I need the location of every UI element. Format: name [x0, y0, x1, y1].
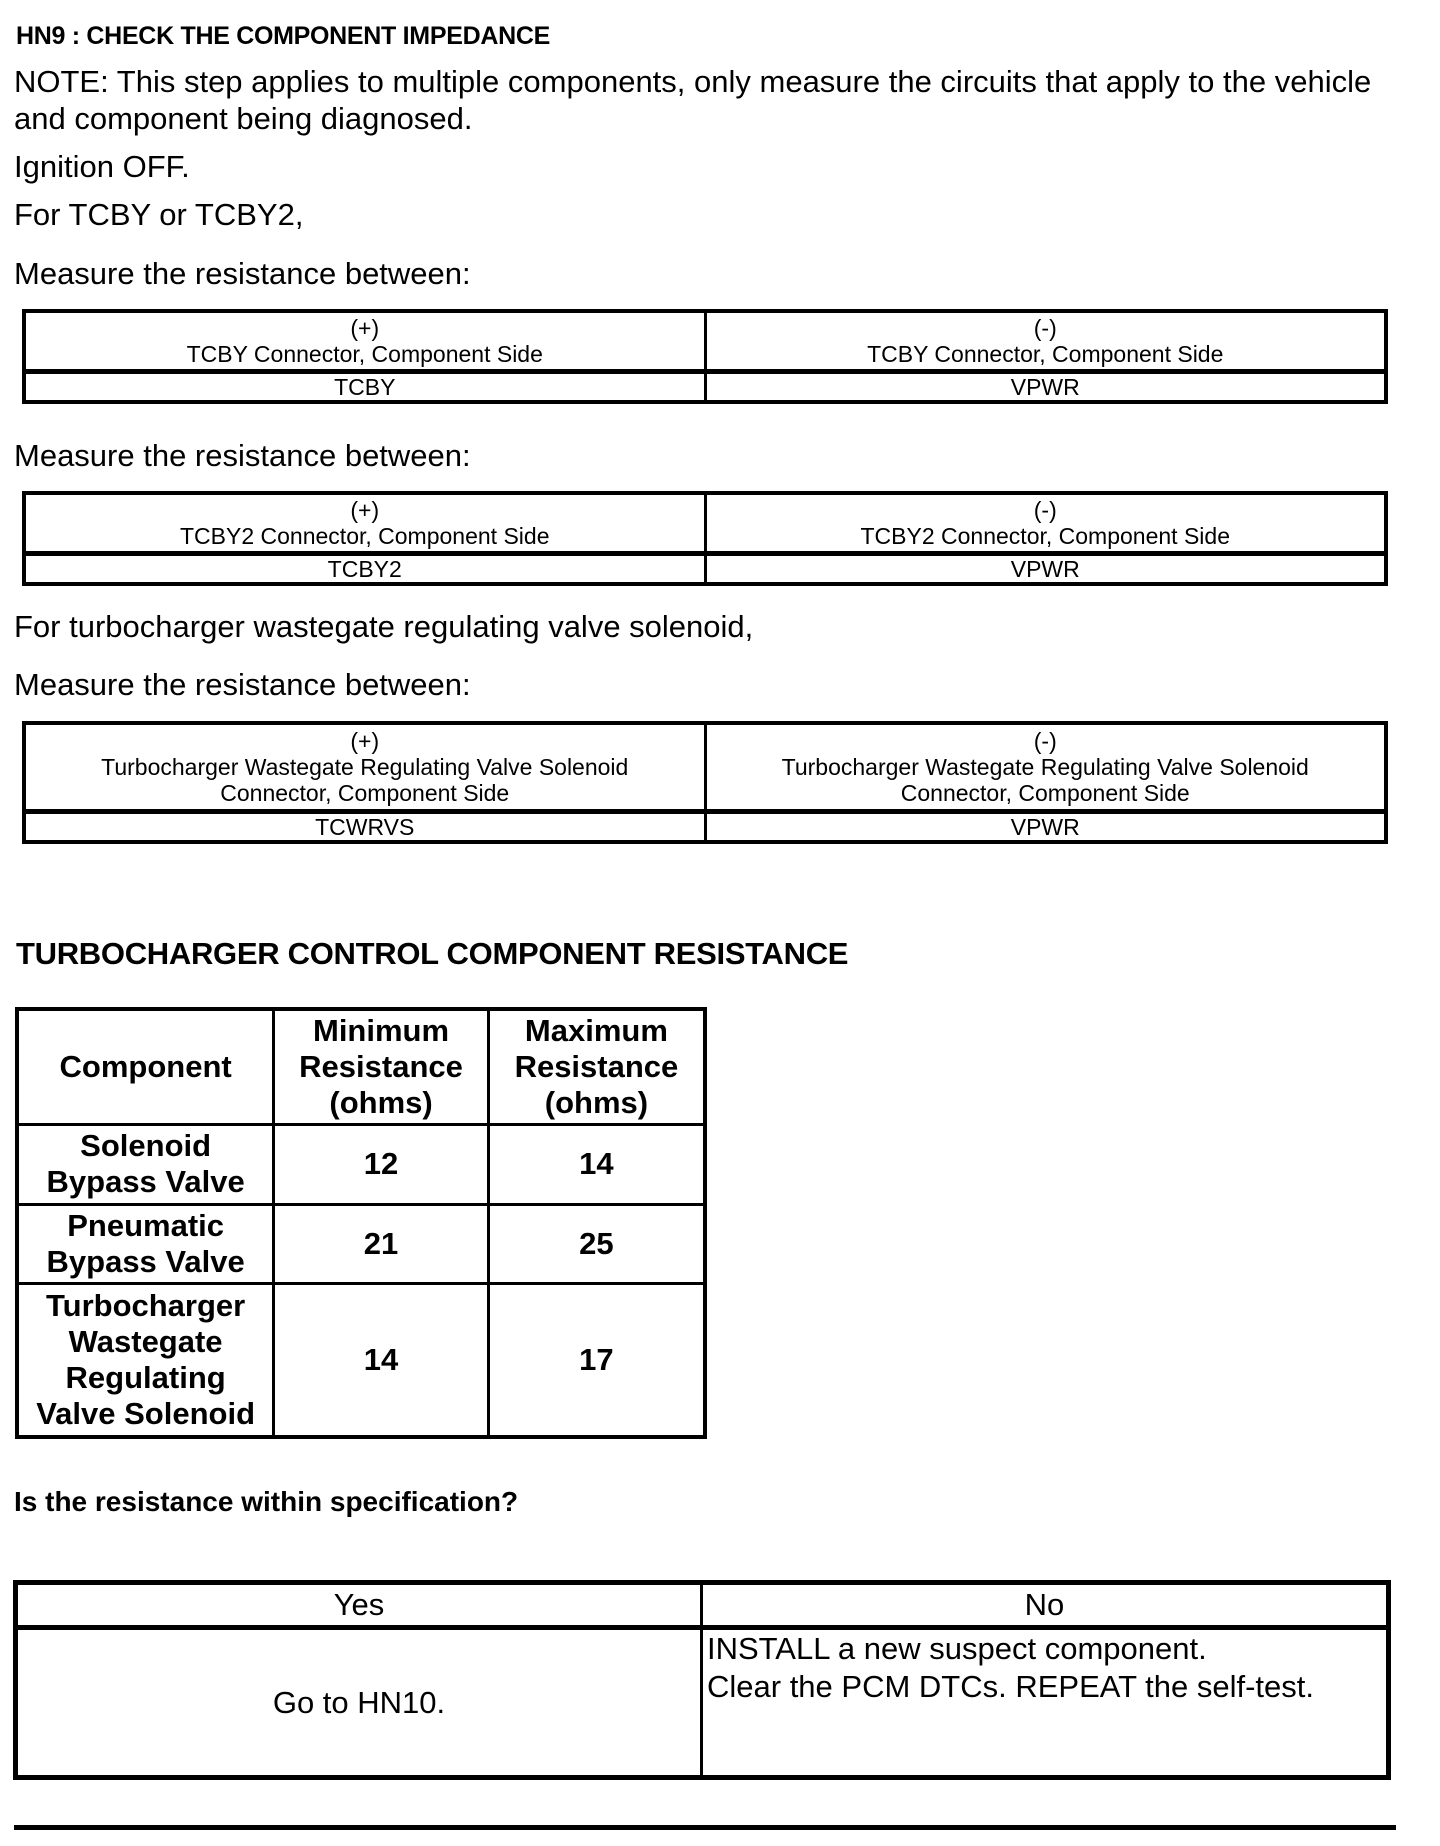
- table-row: Solenoid Bypass Valve 12 14: [17, 1124, 705, 1204]
- measure-label-1: Measure the resistance between:: [14, 255, 471, 292]
- ignition-instruction: Ignition OFF.: [14, 148, 190, 185]
- max-value: 14: [488, 1124, 705, 1204]
- minus-terminal-cell: (-) TCBY Connector, Component Side: [705, 311, 1386, 371]
- resistance-spec-table: Component Minimum Resistance (ohms) Maxi…: [15, 1007, 707, 1439]
- min-value: 14: [274, 1283, 489, 1437]
- plus-pin: TCBY2: [24, 553, 705, 584]
- max-value: 17: [488, 1283, 705, 1437]
- measurement-table-tcby: (+) TCBY Connector, Component Side (-) T…: [22, 309, 1388, 404]
- bottom-divider: [14, 1825, 1396, 1830]
- minus-pin: VPWR: [705, 371, 1386, 402]
- plus-pin: TCBY: [24, 371, 705, 402]
- table-row: Turbocharger Wastegate Regulating Valve …: [17, 1283, 705, 1437]
- step-title: HN9 : CHECK THE COMPONENT IMPEDANCE: [16, 22, 550, 51]
- plus-symbol: (+): [26, 315, 704, 341]
- plus-symbol: (+): [26, 728, 704, 754]
- minus-connector: TCBY Connector, Component Side: [707, 341, 1385, 367]
- minus-terminal-cell: (-) TCBY2 Connector, Component Side: [705, 493, 1386, 553]
- measure-label-2: Measure the resistance between:: [14, 437, 471, 474]
- plus-connector: TCBY2 Connector, Component Side: [26, 523, 704, 549]
- minus-terminal-cell: (-) Turbocharger Wastegate Regulating Va…: [705, 723, 1386, 811]
- minus-pin: VPWR: [705, 553, 1386, 584]
- measure-label-3: Measure the resistance between:: [14, 666, 471, 703]
- component-name: Turbocharger Wastegate Regulating Valve …: [17, 1283, 274, 1437]
- plus-connector: Turbocharger Wastegate Regulating Valve …: [26, 754, 704, 806]
- minus-symbol: (-): [707, 315, 1385, 341]
- minus-connector: TCBY2 Connector, Component Side: [707, 523, 1385, 549]
- yes-action[interactable]: Go to HN10.: [16, 1628, 702, 1778]
- no-action-line2: Clear the PCM DTCs. REPEAT the self-test…: [707, 1668, 1386, 1706]
- plus-symbol: (+): [26, 497, 704, 523]
- plus-terminal-cell: (+) TCBY2 Connector, Component Side: [24, 493, 705, 553]
- header-component: Component: [17, 1009, 274, 1124]
- minus-symbol: (-): [707, 728, 1385, 754]
- min-value: 12: [274, 1124, 489, 1204]
- header-max-resistance: Maximum Resistance (ohms): [488, 1009, 705, 1124]
- no-action-line1: INSTALL a new suspect component.: [707, 1630, 1386, 1668]
- plus-pin: TCWRVS: [24, 811, 705, 842]
- yes-header: Yes: [16, 1583, 702, 1628]
- min-value: 21: [274, 1204, 489, 1283]
- component-name: Solenoid Bypass Valve: [17, 1124, 274, 1204]
- spec-question: Is the resistance within specification?: [14, 1486, 518, 1518]
- header-min-resistance: Minimum Resistance (ohms): [274, 1009, 489, 1124]
- no-action: INSTALL a new suspect component. Clear t…: [702, 1628, 1389, 1778]
- plus-terminal-cell: (+) TCBY Connector, Component Side: [24, 311, 705, 371]
- component-name: Pneumatic Bypass Valve: [17, 1204, 274, 1283]
- tcby-intro: For TCBY or TCBY2,: [14, 196, 303, 233]
- note-text: NOTE: This step applies to multiple comp…: [14, 63, 1414, 137]
- minus-symbol: (-): [707, 497, 1385, 523]
- minus-pin: VPWR: [705, 811, 1386, 842]
- measurement-table-tcby2: (+) TCBY2 Connector, Component Side (-) …: [22, 491, 1388, 586]
- table-row: Pneumatic Bypass Valve 21 25: [17, 1204, 705, 1283]
- max-value: 25: [488, 1204, 705, 1283]
- minus-connector: Turbocharger Wastegate Regulating Valve …: [707, 754, 1385, 806]
- measurement-table-tcwrvs: (+) Turbocharger Wastegate Regulating Va…: [22, 721, 1388, 844]
- plus-terminal-cell: (+) Turbocharger Wastegate Regulating Va…: [24, 723, 705, 811]
- resistance-section-title: TURBOCHARGER CONTROL COMPONENT RESISTANC…: [16, 936, 848, 972]
- no-header: No: [702, 1583, 1389, 1628]
- plus-connector: TCBY Connector, Component Side: [26, 341, 704, 367]
- decision-table: Yes No Go to HN10. INSTALL a new suspect…: [13, 1580, 1391, 1780]
- wastegate-intro: For turbocharger wastegate regulating va…: [14, 608, 753, 645]
